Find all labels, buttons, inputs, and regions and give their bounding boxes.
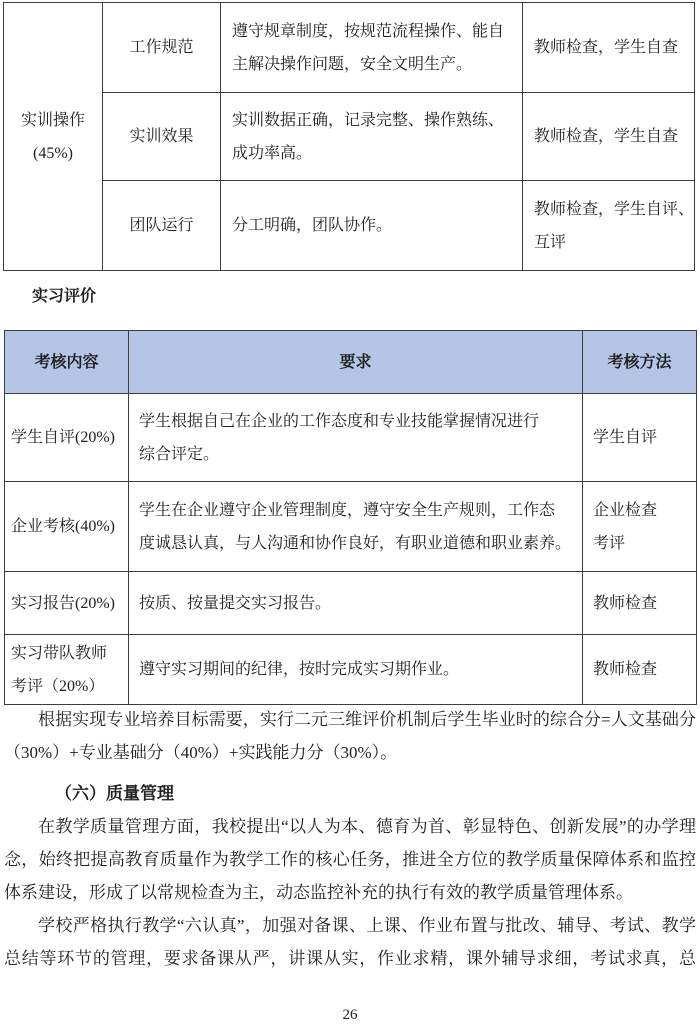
training-requirement-cell: 实训数据正确，记录完整、操作熟练、 成功率高。 — [221, 93, 523, 181]
table-header-row: 考核内容 要求 考核方法 — [5, 331, 697, 394]
assessment-content-cell: 企业考核(40%) — [5, 482, 129, 572]
quality-management-paragraph-2: 学校严格执行教学“六认真”，加强对备课、上课、作业布置与批改、辅导、考试、教学总… — [4, 909, 696, 975]
training-category-cell: 实训操作 (45%) — [4, 3, 103, 271]
assessment-content-cell: 学生自评(20%) — [5, 394, 129, 482]
table-row: 实习带队教师 考评（20%） 遵守实习期间的纪律，按时完成实习期作业。 教师检查 — [5, 635, 697, 705]
assessment-requirement-cell: 学生在企业遵守企业管理制度，遵守安全生产规则，工作态 度诚恳认真，与人沟通和协作… — [129, 482, 583, 572]
table-row: 实训操作 (45%) 工作规范 遵守规章制度，按规范流程操作、能自 主解决操作问… — [4, 3, 695, 93]
training-aspect-cell: 实训效果 — [103, 93, 221, 181]
page-number: 26 — [0, 1005, 700, 1025]
training-requirement-cell: 遵守规章制度，按规范流程操作、能自 主解决操作问题，安全文明生产。 — [221, 3, 523, 93]
assessment-method-cell: 教师检查 — [583, 635, 697, 705]
assessment-content-cell: 实习报告(20%) — [5, 572, 129, 635]
table-row: 实习报告(20%) 按质、按量提交实习报告。 教师检查 — [5, 572, 697, 635]
body-text-block: 根据实现专业培养目标需要，实行二元三维评价机制后学生毕业时的综合分=人文基础分（… — [4, 703, 696, 975]
training-aspect-cell: 团队运行 — [103, 181, 221, 271]
training-method-cell: 教师检查，学生自查 — [523, 93, 695, 181]
assessment-method-cell: 教师检查 — [583, 572, 697, 635]
training-evaluation-table: 实训操作 (45%) 工作规范 遵守规章制度，按规范流程操作、能自 主解决操作问… — [3, 2, 695, 271]
table-row: 实训效果 实训数据正确，记录完整、操作熟练、 成功率高。 教师检查，学生自查 — [4, 93, 695, 181]
assessment-requirement-cell: 按质、按量提交实习报告。 — [129, 572, 583, 635]
assessment-content-cell: 实习带队教师 考评（20%） — [5, 635, 129, 705]
assessment-requirement-cell: 遵守实习期间的纪律，按时完成实习期作业。 — [129, 635, 583, 705]
document-page: 实训操作 (45%) 工作规范 遵守规章制度，按规范流程操作、能自 主解决操作问… — [0, 0, 700, 1030]
assessment-method-cell: 企业检查 考评 — [583, 482, 697, 572]
section-heading-quality-management: （六）质量管理 — [55, 777, 696, 810]
internship-evaluation-table: 考核内容 要求 考核方法 学生自评(20%) 学生根据自己在企业的工作态度和专业… — [4, 330, 697, 705]
header-requirement-cell: 要求 — [129, 331, 583, 394]
table-row: 学生自评(20%) 学生根据自己在企业的工作态度和专业技能掌握情况进行 综合评定… — [5, 394, 697, 482]
header-content-cell: 考核内容 — [5, 331, 129, 394]
table-row: 团队运行 分工明确，团队协作。 教师检查，学生自评、 互评 — [4, 181, 695, 271]
training-method-cell: 教师检查，学生自评、 互评 — [523, 181, 695, 271]
training-method-cell: 教师检查，学生自查 — [523, 3, 695, 93]
training-aspect-cell: 工作规范 — [103, 3, 221, 93]
quality-management-paragraph-1: 在教学质量管理方面，我校提出“以人为本、德育为首、彰显特色、创新发展”的办学理念… — [4, 810, 696, 909]
assessment-method-cell: 学生自评 — [583, 394, 697, 482]
table-row: 企业考核(40%) 学生在企业遵守企业管理制度，遵守安全生产规则，工作态 度诚恳… — [5, 482, 697, 572]
assessment-requirement-cell: 学生根据自己在企业的工作态度和专业技能掌握情况进行 综合评定。 — [129, 394, 583, 482]
internship-evaluation-heading: 实习评价 — [32, 287, 96, 307]
header-method-cell: 考核方法 — [583, 331, 697, 394]
training-requirement-cell: 分工明确，团队协作。 — [221, 181, 523, 271]
composite-score-paragraph: 根据实现专业培养目标需要，实行二元三维评价机制后学生毕业时的综合分=人文基础分（… — [4, 703, 696, 769]
